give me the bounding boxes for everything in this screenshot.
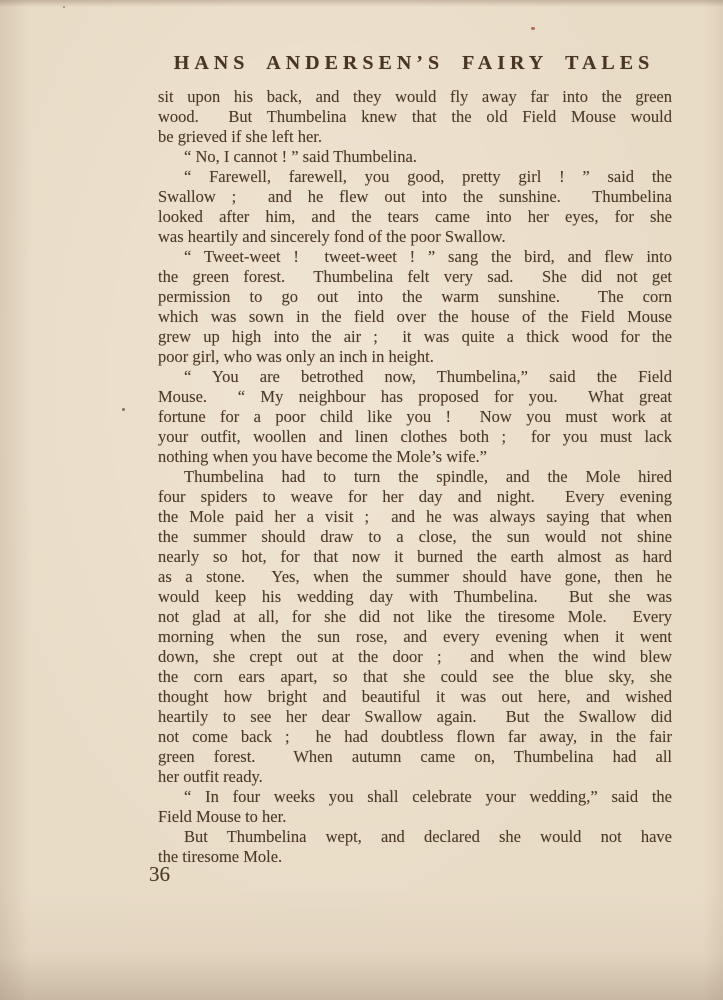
paper-speck bbox=[122, 408, 125, 411]
text-line: “ Tweet-weet ! tweet-weet ! ” sang the b… bbox=[158, 247, 672, 267]
paragraph: “ No, I cannot ! ” said Thumbelina. bbox=[158, 147, 672, 167]
text-line: the summer should draw to a close, the s… bbox=[158, 527, 672, 547]
text-line: your outfit, woollen and linen clothes b… bbox=[158, 427, 672, 447]
text-line: permission to go out into the warm sunsh… bbox=[158, 287, 672, 307]
text-line: thought how bright and beautiful it was … bbox=[158, 687, 672, 707]
text-line: not glad at all, for she did not like th… bbox=[158, 607, 672, 627]
text-line: sit upon his back, and they would fly aw… bbox=[158, 87, 672, 107]
paper-speck bbox=[531, 27, 535, 30]
paragraph: “ In four weeks you shall celebrate your… bbox=[158, 787, 672, 827]
text-line: green forest. When autumn came on, Thumb… bbox=[158, 747, 672, 767]
text-line: which was sown in the field over the hou… bbox=[158, 307, 672, 327]
paragraph: Thumbelina had to turn the spindle, and … bbox=[158, 467, 672, 787]
text-line: down, she crept out at the door ; and wh… bbox=[158, 647, 672, 667]
text-line: the tiresome Mole. bbox=[158, 847, 672, 867]
text-line: heartily to see her dear Swallow again. … bbox=[158, 707, 672, 727]
text-line: four spiders to weave for her day and ni… bbox=[158, 487, 672, 507]
paragraph: But Thumbelina wept, and declared she wo… bbox=[158, 827, 672, 867]
text-line: not come back ; he had doubtless flown f… bbox=[158, 727, 672, 747]
text-block: sit upon his back, and they would fly aw… bbox=[158, 87, 672, 867]
text-line: fortune for a poor child like you ! Now … bbox=[158, 407, 672, 427]
text-line: poor girl, who was only an inch in heigh… bbox=[158, 347, 672, 367]
text-line: “ Farewell, farewell, you good, pretty g… bbox=[158, 167, 672, 187]
book-page-scan: HANS ANDERSEN’S FAIRY TALES sit upon his… bbox=[0, 0, 723, 1000]
text-line: the green forest. Thumbelina felt very s… bbox=[158, 267, 672, 287]
text-line: as a stone. Yes, when the summer should … bbox=[158, 567, 672, 587]
text-line: looked after him, and the tears came int… bbox=[158, 207, 672, 227]
paragraph: “ Tweet-weet ! tweet-weet ! ” sang the b… bbox=[158, 247, 672, 367]
text-line: morning when the sun rose, and every eve… bbox=[158, 627, 672, 647]
text-line: “ No, I cannot ! ” said Thumbelina. bbox=[158, 147, 672, 167]
text-line: Swallow ; and he flew out into the sunsh… bbox=[158, 187, 672, 207]
text-line: was heartily and sincerely fond of the p… bbox=[158, 227, 672, 247]
text-line: But Thumbelina wept, and declared she wo… bbox=[158, 827, 672, 847]
text-line: would keep his wedding day with Thumbeli… bbox=[158, 587, 672, 607]
text-line: the corn ears apart, so that she could s… bbox=[158, 667, 672, 687]
paragraph: “ Farewell, farewell, you good, pretty g… bbox=[158, 167, 672, 247]
paragraph: “ You are betrothed now, Thumbelina,” sa… bbox=[158, 367, 672, 467]
paragraph: sit upon his back, and they would fly aw… bbox=[158, 87, 672, 147]
page-number: 36 bbox=[149, 862, 170, 887]
text-line: “ You are betrothed now, Thumbelina,” sa… bbox=[158, 367, 672, 387]
text-line: wood. But Thumbelina knew that the old F… bbox=[158, 107, 672, 127]
running-head: HANS ANDERSEN’S FAIRY TALES bbox=[156, 52, 672, 75]
text-line: her outfit ready. bbox=[158, 767, 672, 787]
text-line: the Mole paid her a visit ; and he was a… bbox=[158, 507, 672, 527]
text-line: Field Mouse to her. bbox=[158, 807, 672, 827]
text-line: nearly so hot, for that now it burned th… bbox=[158, 547, 672, 567]
text-line: nothing when you have become the Mole’s … bbox=[158, 447, 672, 467]
paper-speck bbox=[63, 6, 65, 8]
text-line: grew up high into the air ; it was quite… bbox=[158, 327, 672, 347]
text-line: Mouse. “ My neighbour has proposed for y… bbox=[158, 387, 672, 407]
text-line: be grieved if she left her. bbox=[158, 127, 672, 147]
text-line: “ In four weeks you shall celebrate your… bbox=[158, 787, 672, 807]
text-line: Thumbelina had to turn the spindle, and … bbox=[158, 467, 672, 487]
